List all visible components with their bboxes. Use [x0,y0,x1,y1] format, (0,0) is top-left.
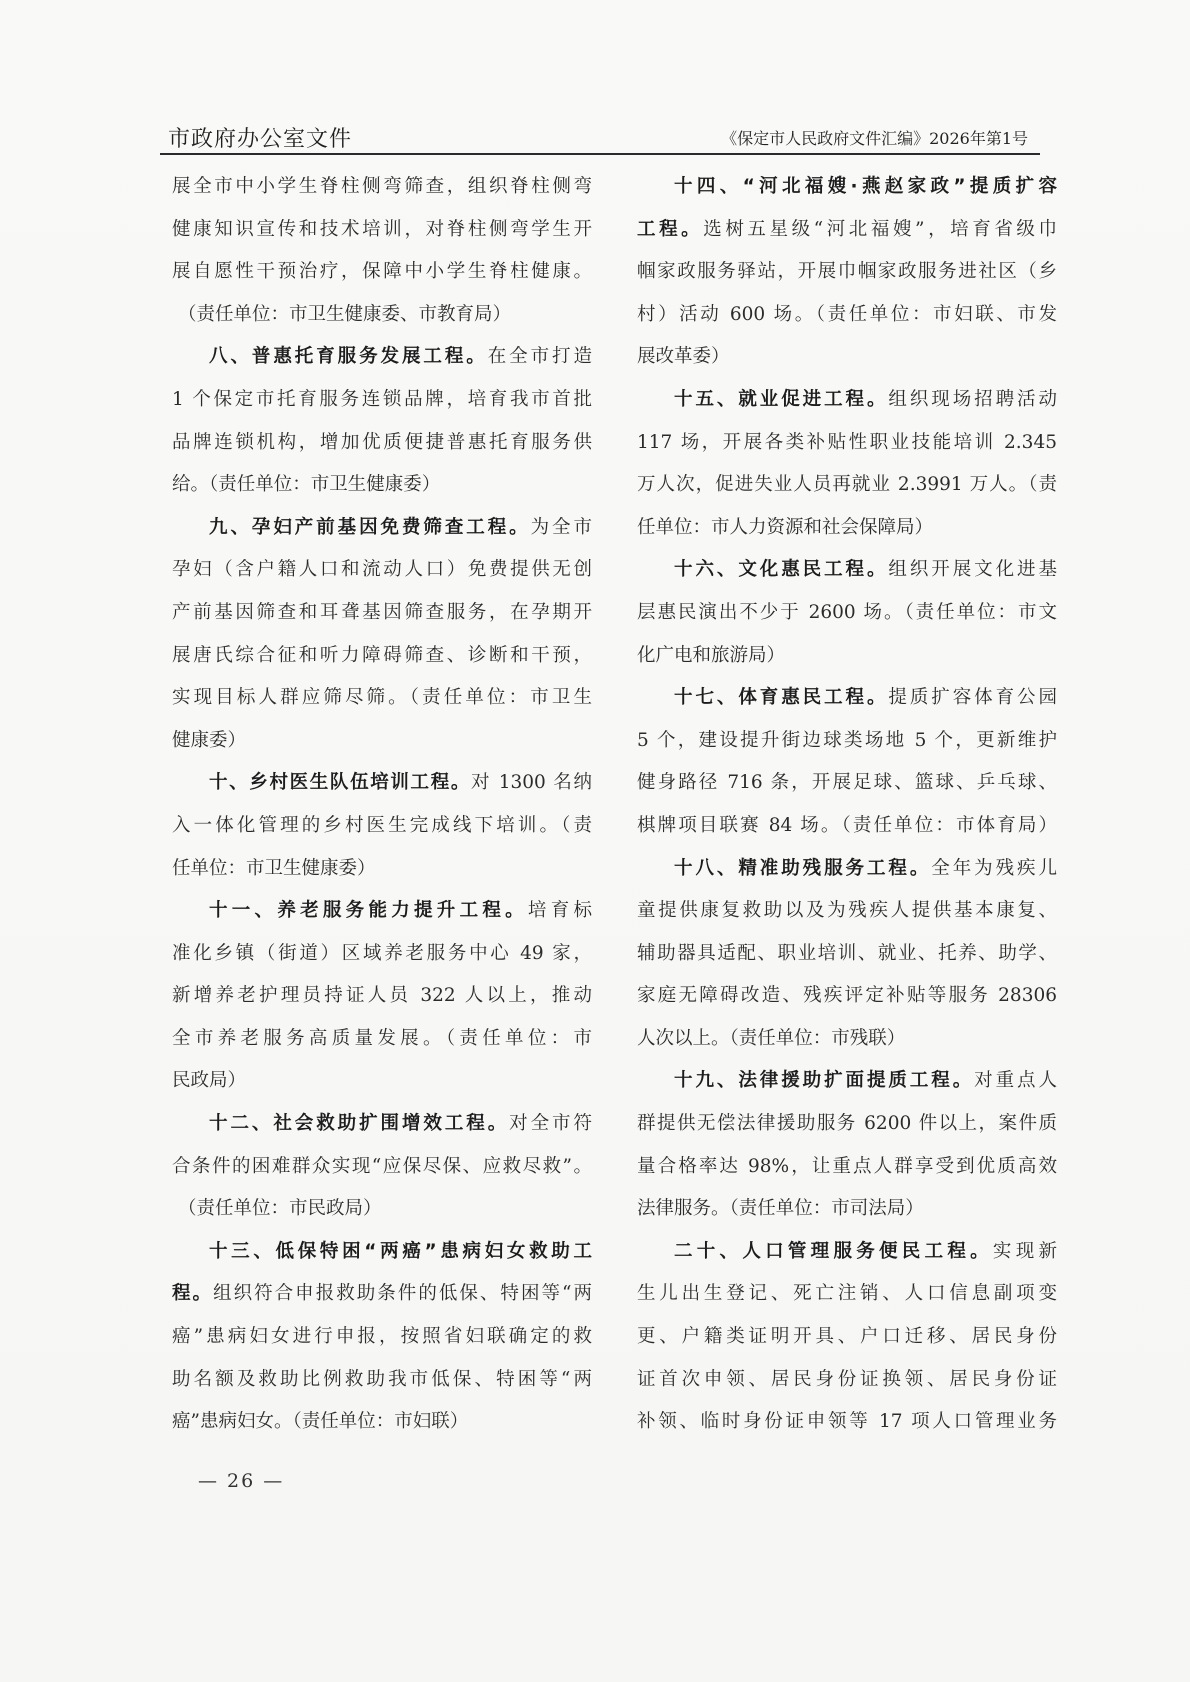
item-text: 为全市 [531,517,592,538]
item-heading: 十二、社会救助扩围增效工程。 [209,1113,509,1134]
item-19: 十九、法律援助扩面提质工程。对重点人 群提供无偿法律援助服务 6200 件以上，… [637,1060,1057,1230]
text-line: 癌”患病妇女进行申报，按照省妇联确定的救 [172,1316,592,1359]
item-17: 十七、体育惠民工程。提质扩容体育公园 5 个，建设提升街边球类场地 5 个，更新… [637,677,1057,847]
text-line: 全市养老服务高质量发展。（责任单位：市 [172,1018,592,1061]
text-line: 更、户籍类证明开具、户口迁移、居民身份 [637,1316,1057,1359]
text-line: 健康委） [172,720,592,763]
item-first-line: 八、普惠托育服务发展工程。在全市打造 [172,336,592,379]
text-line: 万人次，促进失业人员再就业 2.3991 万人。（责 [637,464,1057,507]
text-line: 展全市中小学生脊柱侧弯筛查，组织脊柱侧弯 [172,166,592,209]
text-line: 癌”患病妇女。（责任单位：市妇联） [172,1401,592,1444]
item-text: 提质扩容体育公园 [888,687,1057,708]
item-heading: 十七、体育惠民工程。 [674,687,888,708]
item-heading: 十八、精准助残服务工程。 [674,858,931,879]
item-first-line: 二十、人口管理服务便民工程。实现新 [637,1231,1057,1274]
page-header: 市政府办公室文件 《保定市人民政府文件汇编》2026年第1号 [168,118,1040,154]
text-line: 补领、临时身份证申领等 17 项人口管理业务 [637,1401,1057,1444]
item-first-line: 十一、养老服务能力提升工程。培育标 [172,890,592,933]
text-line: 辅助器具适配、职业培训、就业、托养、助学、 [637,933,1057,976]
item-9: 九、孕妇产前基因免费筛查工程。为全市 孕妇（含户籍人口和流动人口）免费提供无创 … [172,507,592,763]
item-13: 十三、低保特困“两癌”患病妇女救助工 程。组织符合申报救助条件的低保、特困等“两… [172,1231,592,1444]
item-text: 培育标 [528,900,592,921]
text-line: 家庭无障碍改造、残疾评定补贴等服务 28306 [637,975,1057,1018]
text-line: 量合格率达 98%，让重点人群享受到优质高效 [637,1146,1057,1189]
item-heading-continuation: 工程。选树五星级“河北福嫂”，培育省级巾 [637,209,1057,252]
item-text: 对重点人 [974,1070,1057,1091]
item-first-line: 十六、文化惠民工程。组织开展文化进基 [637,549,1057,592]
text-line: 展自愿性干预治疗，保障中小学生脊柱健康。 [172,251,592,294]
item-heading: 八、普惠托育服务发展工程。 [209,346,488,367]
item-heading-tail: 工程。 [637,219,703,240]
text-line: 展改革委） [637,336,1057,379]
item-11: 十一、养老服务能力提升工程。培育标 准化乡镇（街道）区域养老服务中心 49 家，… [172,890,592,1103]
item-heading: 十四、“河北福嫂·燕赵家政”提质扩容 [637,166,1057,209]
text-line: 层惠民演出不少于 2600 场。（责任单位：市文 [637,592,1057,635]
item-text: 对 1300 名纳 [471,772,592,793]
item-first-line: 十五、就业促进工程。组织现场招聘活动 [637,379,1057,422]
item-text: 组织符合申报救助条件的低保、特困等“两 [213,1283,592,1304]
item-text: 全年为残疾儿 [931,858,1057,879]
left-column: 展全市中小学生脊柱侧弯筛查，组织脊柱侧弯 健康知识宣传和技术培训，对脊柱侧弯学生… [172,166,592,1444]
text-line: 给。（责任单位：市卫生健康委） [172,464,592,507]
item-heading: 十九、法律援助扩面提质工程。 [674,1070,974,1091]
item-14: 十四、“河北福嫂·燕赵家政”提质扩容 工程。选树五星级“河北福嫂”，培育省级巾 … [637,166,1057,379]
item-first-line: 九、孕妇产前基因免费筛查工程。为全市 [172,507,592,550]
header-office-title: 市政府办公室文件 [168,122,352,153]
text-line: 展唐氏综合征和听力障碍筛查、诊断和干预， [172,635,592,678]
item-15: 十五、就业促进工程。组织现场招聘活动 117 场，开展各类补贴性职业技能培训 2… [637,379,1057,549]
text-line: 准化乡镇（街道）区域养老服务中心 49 家， [172,933,592,976]
item-10: 十、乡村医生队伍培训工程。对 1300 名纳 入一体化管理的乡村医生完成线下培训… [172,762,592,890]
item-heading-tail: 程。 [172,1283,213,1304]
item-first-line: 十二、社会救助扩围增效工程。对全市符 [172,1103,592,1146]
item-text: 组织现场招聘活动 [888,389,1057,410]
right-column: 十四、“河北福嫂·燕赵家政”提质扩容 工程。选树五星级“河北福嫂”，培育省级巾 … [637,166,1057,1444]
text-line: 品牌连锁机构，增加优质便捷普惠托育服务供 [172,422,592,465]
text-line: 童提供康复救助以及为残疾人提供基本康复、 [637,890,1057,933]
text-line: 生儿出生登记、死亡注销、人口信息副项变 [637,1273,1057,1316]
text-line: 帼家政服务驿站，开展巾帼家政服务进社区（乡 [637,251,1057,294]
responsible-unit: （责任单位：市民政局） [172,1188,592,1231]
text-line: 民政局） [172,1060,592,1103]
item-7-continuation: 展全市中小学生脊柱侧弯筛查，组织脊柱侧弯 健康知识宣传和技术培训，对脊柱侧弯学生… [172,166,592,336]
item-first-line: 十九、法律援助扩面提质工程。对重点人 [637,1060,1057,1103]
text-line: 入一体化管理的乡村医生完成线下培训。（责 [172,805,592,848]
text-line: 5 个，建设提升街边球类场地 5 个，更新维护 [637,720,1057,763]
item-heading: 十三、低保特困“两癌”患病妇女救助工 [172,1231,592,1274]
responsible-unit: （责任单位：市卫生健康委、市教育局） [172,294,592,337]
item-heading: 九、孕妇产前基因免费筛查工程。 [209,517,531,538]
item-20: 二十、人口管理服务便民工程。实现新 生儿出生登记、死亡注销、人口信息副项变 更、… [637,1231,1057,1444]
text-line: 任单位：市人力资源和社会保障局） [637,507,1057,550]
item-16: 十六、文化惠民工程。组织开展文化进基 层惠民演出不少于 2600 场。（责任单位… [637,549,1057,677]
text-line: 117 场，开展各类补贴性职业技能培训 2.345 [637,422,1057,465]
header-compilation-title: 《保定市人民政府文件汇编》2026年第1号 [721,126,1028,149]
item-text: 组织开展文化进基 [888,559,1057,580]
item-heading: 十五、就业促进工程。 [674,389,888,410]
item-heading: 十一、养老服务能力提升工程。 [209,900,528,921]
text-line: 健身路径 716 条，开展足球、篮球、乒乓球、 [637,762,1057,805]
text-line: 群提供无偿法律援助服务 6200 件以上，案件质 [637,1103,1057,1146]
item-heading: 二十、人口管理服务便民工程。 [674,1241,993,1262]
header-divider [160,153,1040,155]
item-text: 实现新 [993,1241,1057,1262]
document-page: 市政府办公室文件 《保定市人民政府文件汇编》2026年第1号 展全市中小学生脊柱… [0,0,1190,1682]
text-line: 产前基因筛查和耳聋基因筛查服务，在孕期开 [172,592,592,635]
text-line: 1 个保定市托育服务连锁品牌，培育我市首批 [172,379,592,422]
text-line: 合条件的困难群众实现“应保尽保、应救尽救”。 [172,1146,592,1189]
item-8: 八、普惠托育服务发展工程。在全市打造 1 个保定市托育服务连锁品牌，培育我市首批… [172,336,592,506]
item-12: 十二、社会救助扩围增效工程。对全市符 合条件的困难群众实现“应保尽保、应救尽救”… [172,1103,592,1231]
text-line: 棋牌项目联赛 84 场。（责任单位：市体育局） [637,805,1057,848]
text-line: 新增养老护理员持证人员 322 人以上，推动 [172,975,592,1018]
text-line: 助名额及救助比例救助我市低保、特困等“两 [172,1359,592,1402]
text-line: 孕妇（含户籍人口和流动人口）免费提供无创 [172,549,592,592]
item-18: 十八、精准助残服务工程。全年为残疾儿 童提供康复救助以及为残疾人提供基本康复、 … [637,848,1057,1061]
item-first-line: 十七、体育惠民工程。提质扩容体育公园 [637,677,1057,720]
item-heading-continuation: 程。组织符合申报救助条件的低保、特困等“两 [172,1273,592,1316]
text-line: 任单位：市卫生健康委） [172,848,592,891]
item-text: 选树五星级“河北福嫂”，培育省级巾 [703,219,1057,240]
item-text: 对全市符 [509,1113,592,1134]
page-number: — 26 — [198,1470,284,1492]
item-first-line: 十八、精准助残服务工程。全年为残疾儿 [637,848,1057,891]
text-line: 法律服务。（责任单位：市司法局） [637,1188,1057,1231]
item-text: 在全市打造 [488,346,592,367]
text-line: 化广电和旅游局） [637,635,1057,678]
text-line: 证首次申领、居民身份证换领、居民身份证 [637,1359,1057,1402]
item-first-line: 十、乡村医生队伍培训工程。对 1300 名纳 [172,762,592,805]
item-heading: 十、乡村医生队伍培训工程。 [209,772,471,793]
text-line: 村）活动 600 场。（责任单位：市妇联、市发 [637,294,1057,337]
text-line: 实现目标人群应筛尽筛。（责任单位：市卫生 [172,677,592,720]
item-heading: 十六、文化惠民工程。 [674,559,888,580]
text-line: 健康知识宣传和技术培训，对脊柱侧弯学生开 [172,209,592,252]
text-line: 人次以上。（责任单位：市残联） [637,1018,1057,1061]
